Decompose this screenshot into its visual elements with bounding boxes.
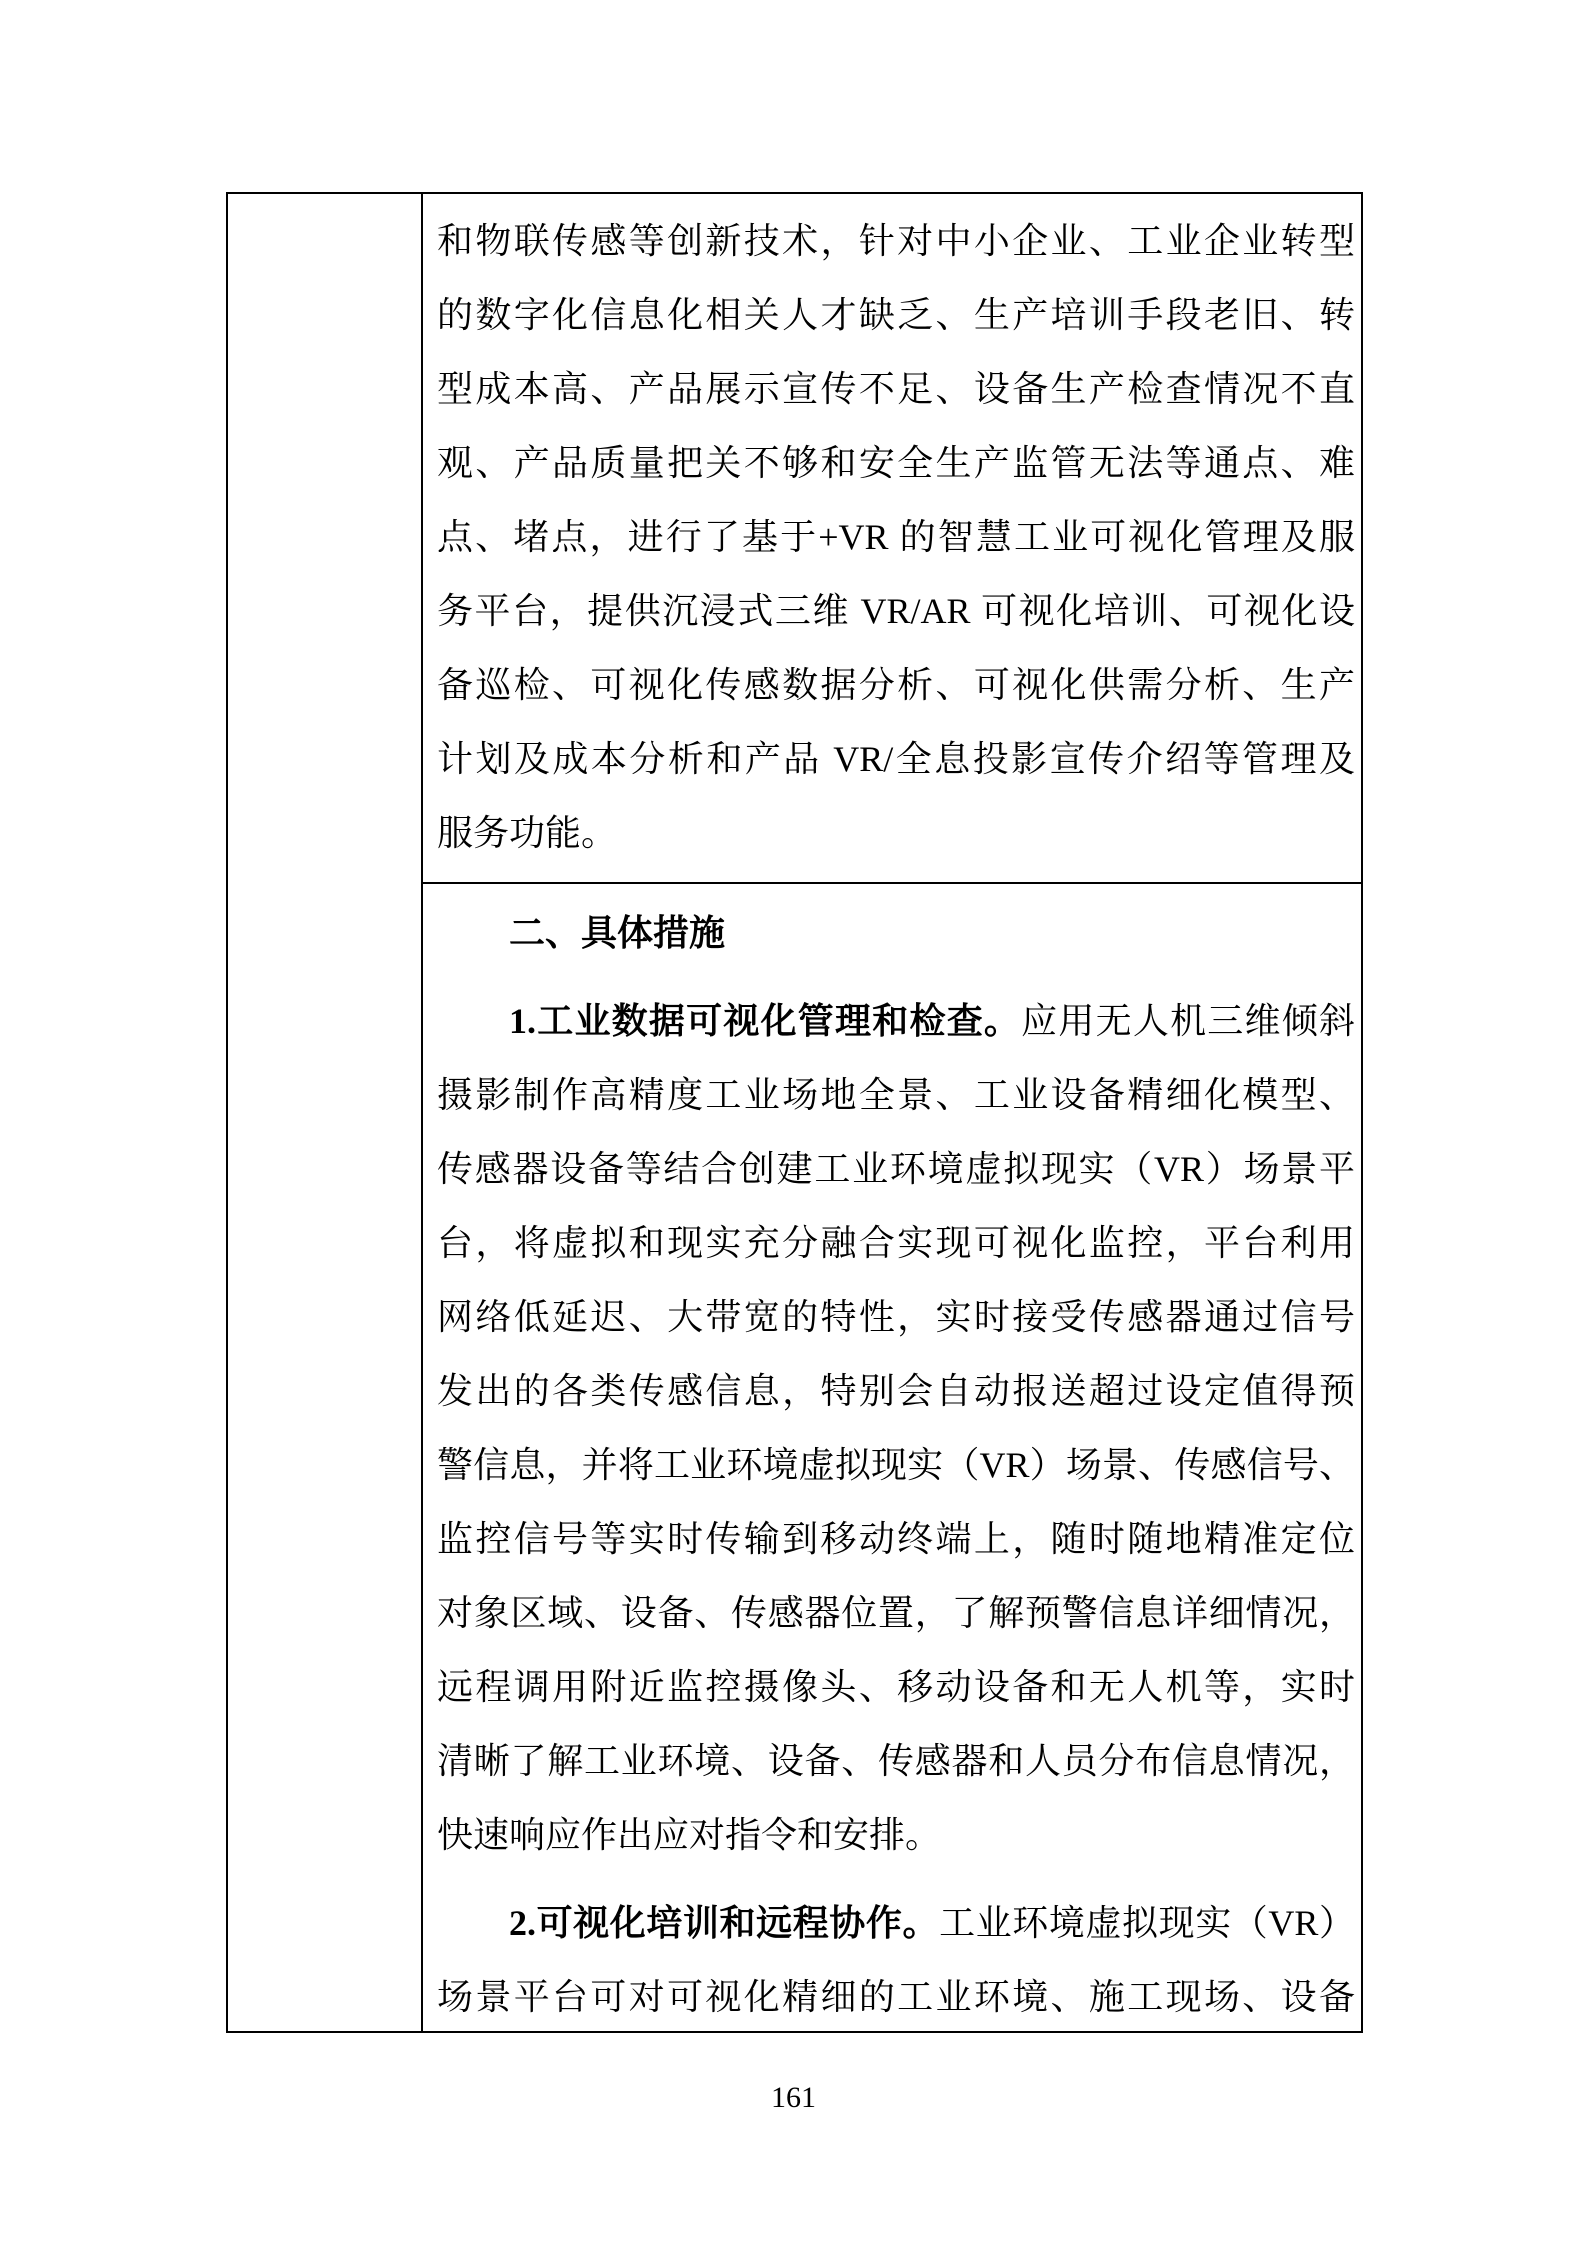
text-line: 计划及成本分析和产品 VR/全息投影宣传介绍等管理及 [437,722,1355,796]
overview-continuation-cell: 和物联传感等创新技术，针对中小企业、工业企业转型的数字化信息化相关人才缺乏、生产… [423,194,1361,884]
text-segment: 对象区域、设备、传感器位置，了解预警信息详细情况， [437,1593,1355,1633]
text-segment: 快速响应作出应对指令和安排。 [437,1815,941,1855]
text-line: 传感器设备等结合创建工业环境虚拟现实（VR）场景平 [437,1132,1355,1206]
text-segment: 和物联传感等创新技术，针对中小企业、工业企业转型 [437,221,1355,261]
text-line: 快速响应作出应对指令和安排。 [437,1798,1355,1872]
text-line: 摄影制作高精度工业场地全景、工业设备精细化模型、 [437,1058,1355,1132]
text-segment: 服务功能。 [437,813,617,853]
measure-1-paragraph: 1.工业数据可视化管理和检查。应用无人机三维倾斜摄影制作高精度工业场地全景、工业… [437,984,1355,1872]
table-content-column: 和物联传感等创新技术，针对中小企业、工业企业转型的数字化信息化相关人才缺乏、生产… [423,194,1361,2031]
page-number: 161 [0,2080,1587,2116]
text-line: 点、堵点，进行了基于+VR 的智慧工业可视化管理及服 [437,500,1355,574]
text-line: 台，将虚拟和现实充分融合实现可视化监控，平台利用 [437,1206,1355,1280]
text-segment: 的数字化信息化相关人才缺乏、生产培训手段老旧、转 [437,295,1355,335]
text-line: 远程调用附近监控摄像头、移动设备和无人机等，实时 [437,1650,1355,1724]
text-segment: 警信息，并将工业环境虚拟现实（VR）场景、传感信号、 [437,1445,1355,1485]
text-segment: 工业环境虚拟现实（VR） [939,1903,1355,1943]
text-line: 清晰了解工业环境、设备、传感器和人员分布信息情况， [437,1724,1355,1798]
text-line: 场景平台可对可视化精细的工业环境、施工现场、设备 [437,1960,1355,2031]
text-line: 2.可视化培训和远程协作。工业环境虚拟现实（VR） [437,1886,1355,1960]
text-segment: 清晰了解工业环境、设备、传感器和人员分布信息情况， [437,1741,1355,1781]
text-segment: 传感器设备等结合创建工业环境虚拟现实（VR）场景平 [437,1149,1355,1189]
text-line: 网络低延迟、大带宽的特性，实时接受传感器通过信号 [437,1280,1355,1354]
bold-text-segment: 1.工业数据可视化管理和检查。 [509,1001,1021,1041]
text-segment: 网络低延迟、大带宽的特性，实时接受传感器通过信号 [437,1297,1355,1337]
text-segment: 点、堵点，进行了基于+VR 的智慧工业可视化管理及服 [437,517,1355,557]
text-line: 服务功能。 [437,796,1355,870]
measure-2-paragraph: 2.可视化培训和远程协作。工业环境虚拟现实（VR）场景平台可对可视化精细的工业环… [437,1886,1355,2031]
text-segment: 摄影制作高精度工业场地全景、工业设备精细化模型、 [437,1075,1355,1115]
text-line: 型成本高、产品展示宣传不足、设备生产检查情况不直 [437,352,1355,426]
bold-text-segment: 2.可视化培训和远程协作。 [509,1903,939,1943]
text-line: 二、具体措施 [437,896,1355,970]
text-line: 务平台，提供沉浸式三维 VR/AR 可视化培训、可视化设 [437,574,1355,648]
section-heading: 二、具体措施 [437,896,1355,970]
text-segment: 计划及成本分析和产品 VR/全息投影宣传介绍等管理及 [437,739,1355,779]
text-segment: 发出的各类传感信息，特别会自动报送超过设定值得预 [437,1371,1355,1411]
text-segment: 监控信号等实时传输到移动终端上，随时随地精准定位 [437,1519,1355,1559]
text-line: 警信息，并将工业环境虚拟现实（VR）场景、传感信号、 [437,1428,1355,1502]
text-line: 发出的各类传感信息，特别会自动报送超过设定值得预 [437,1354,1355,1428]
text-segment: 备巡检、可视化传感数据分析、可视化供需分析、生产 [437,665,1355,705]
text-line: 观、产品质量把关不够和安全生产监管无法等通点、难 [437,426,1355,500]
text-segment: 场景平台可对可视化精细的工业环境、施工现场、设备 [437,1977,1355,2017]
text-line: 1.工业数据可视化管理和检查。应用无人机三维倾斜 [437,984,1355,1058]
bold-text-segment: 二、具体措施 [509,913,725,953]
text-segment: 务平台，提供沉浸式三维 VR/AR 可视化培训、可视化设 [437,591,1355,631]
text-line: 和物联传感等创新技术，针对中小企业、工业企业转型 [437,204,1355,278]
text-segment: 观、产品质量把关不够和安全生产监管无法等通点、难 [437,443,1355,483]
overview-paragraph-continued: 和物联传感等创新技术，针对中小企业、工业企业转型的数字化信息化相关人才缺乏、生产… [437,204,1355,870]
text-line: 监控信号等实时传输到移动终端上，随时随地精准定位 [437,1502,1355,1576]
text-line: 备巡检、可视化传感数据分析、可视化供需分析、生产 [437,648,1355,722]
document-table: 和物联传感等创新技术，针对中小企业、工业企业转型的数字化信息化相关人才缺乏、生产… [226,192,1363,2033]
measures-cell: 二、具体措施1.工业数据可视化管理和检查。应用无人机三维倾斜摄影制作高精度工业场… [423,884,1361,2031]
text-segment: 型成本高、产品展示宣传不足、设备生产检查情况不直 [437,369,1355,409]
text-segment: 远程调用附近监控摄像头、移动设备和无人机等，实时 [437,1667,1355,1707]
text-segment: 应用无人机三维倾斜 [1021,1001,1355,1041]
text-line: 对象区域、设备、传感器位置，了解预警信息详细情况， [437,1576,1355,1650]
text-segment: 台，将虚拟和现实充分融合实现可视化监控，平台利用 [437,1223,1355,1263]
text-line: 的数字化信息化相关人才缺乏、生产培训手段老旧、转 [437,278,1355,352]
row-label-cell-empty [228,194,423,2031]
